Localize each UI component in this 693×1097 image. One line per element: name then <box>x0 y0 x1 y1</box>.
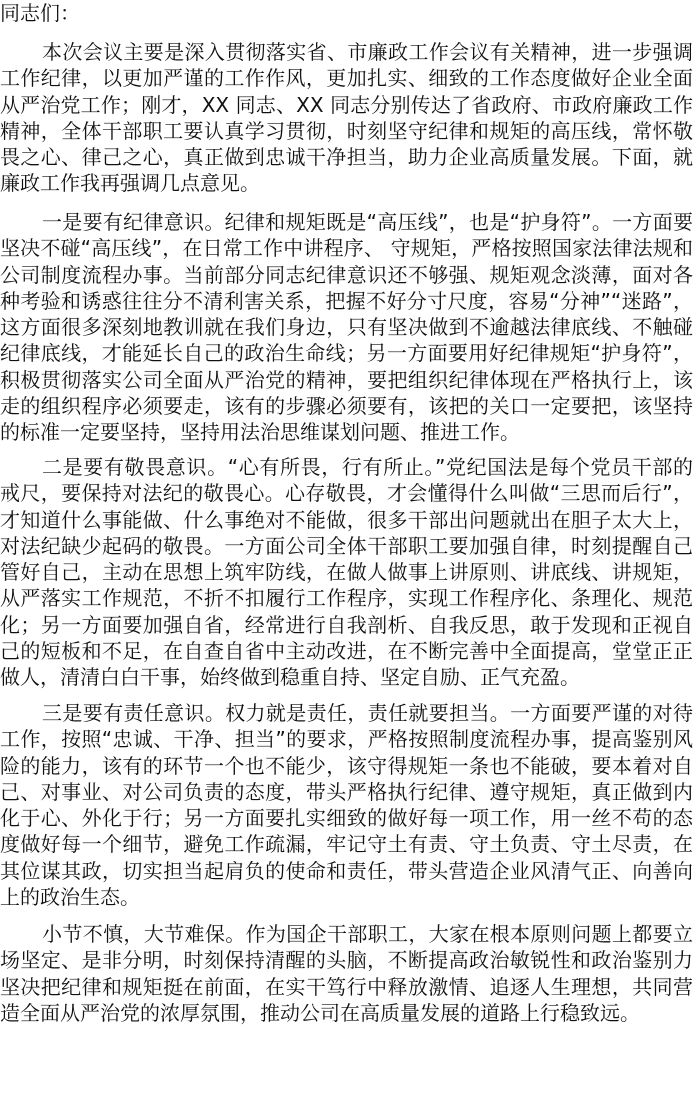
paragraph-line: 场坚定、是非分明，时刻保持清醒的头脑，不断提高政治敏锐性和政治鉴别力 <box>0 947 693 973</box>
paragraph-line: 畏之心、律己之心，真正做到忠诚干净担当，助力企业高质量发展。下面，就 <box>0 144 693 170</box>
paragraph-line: 三是要有责任意识。权力就是责任，责任就要担当。一方面要严谨的对待 <box>0 700 693 726</box>
paragraph-intro: 本次会议主要是深入贯彻落实省、市廉政工作会议有关精神，进一步强调工作纪律，以更加… <box>0 39 693 197</box>
paragraph-line: 坚决把纪律和规矩挺在前面，在实干笃行中释放激情、追逐人生理想，共同营 <box>0 974 693 1000</box>
paragraph-line: 从严落实工作规范，不折不扣履行工作程序，实现工作程序化、条理化、规范 <box>0 585 693 611</box>
paragraph-point-3-responsibility: 三是要有责任意识。权力就是责任，责任就要担当。一方面要严谨的对待工作，按照“忠诚… <box>0 700 693 910</box>
paragraph-line: 坚决不碰“高压线”，在日常工作中讲程序、 守规矩，严格按照国家法律法规和 <box>0 235 693 261</box>
salutation: 同志们： <box>0 0 693 26</box>
paragraph-line: 从严治党工作；刚才，XX 同志、XX 同志分别传达了省政府、市政府廉政工作 <box>0 92 693 118</box>
paragraph-line: 廉政工作我再强调几点意见。 <box>0 170 693 196</box>
paragraph-line: 本次会议主要是深入贯彻落实省、市廉政工作会议有关精神，进一步强调 <box>0 39 693 65</box>
paragraph-point-2-awe: 二是要有敬畏意识。“心有所畏，行有所止。”党纪国法是每个党员干部的戒尺，要保持对… <box>0 454 693 691</box>
paragraph-line: 工作纪律，以更加严谨的工作作风，更加扎实、细致的工作态度做好企业全面 <box>0 65 693 91</box>
paragraph-line: 化于心、外化于行；另一方面要扎实细致的做好每一项工作，用一丝不苟的态 <box>0 805 693 831</box>
paragraph-line: 积极贯彻落实公司全面从严治党的精神，要把组织纪律体现在严格执行上，该 <box>0 367 693 393</box>
paragraph-line: 纪律底线，才能延长自己的政治生命线；另一方面要用好纪律规矩“护身符”， <box>0 340 693 366</box>
paragraph-line: 一是要有纪律意识。纪律和规矩既是“高压线”，也是“护身符”。一方面要 <box>0 209 693 235</box>
paragraph-line: 二是要有敬畏意识。“心有所畏，行有所止。”党纪国法是每个党员干部的 <box>0 454 693 480</box>
paragraph-line: 小节不慎，大节难保。作为国企干部职工，大家在根本原则问题上都要立 <box>0 921 693 947</box>
paragraph-line: 公司制度流程办事。当前部分同志纪律意识还不够强、规矩观念淡薄，面对各 <box>0 262 693 288</box>
paragraph-line: 化；另一方面要加强自省，经常进行自我剖析、自我反思，敢于发现和正视自 <box>0 612 693 638</box>
paragraph-line: 造全面从严治党的浓厚氛围，推动公司在高质量发展的道路上行稳致远。 <box>0 1000 693 1026</box>
paragraph-line: 种考验和诱惑往往分不清利害关系，把握不好分寸尺度，容易“分神”“迷路”， <box>0 288 693 314</box>
paragraph-line: 己的短板和不足，在自查自省中主动改进，在不断完善中全面提高，堂堂正正 <box>0 638 693 664</box>
paragraph-line: 走的组织程序必须要走，该有的步骤必须要有，该把的关口一定要把，该坚持 <box>0 393 693 419</box>
paragraph-line: 其位谋其政，切实担当起肩负的使命和责任，带头营造企业风清气正、向善向 <box>0 858 693 884</box>
paragraph-line: 做人，清清白白干事，始终做到稳重自持、坚定自励、正气充盈。 <box>0 664 693 690</box>
paragraph-point-1-discipline: 一是要有纪律意识。纪律和规矩既是“高压线”，也是“护身符”。一方面要坚决不碰“高… <box>0 209 693 446</box>
paragraph-line: 这方面很多深刻地教训就在我们身边，只有坚决做到不逾越法律底线、不触碰 <box>0 314 693 340</box>
paragraph-line: 戒尺，要保持对法纪的敬畏心。心存敬畏，才会懂得什么叫做“三思而后行”， <box>0 480 693 506</box>
paragraph-line: 己、对事业、对公司负责的态度，带头严格执行纪律、遵守规矩，真正做到内 <box>0 779 693 805</box>
paragraph-conclusion: 小节不慎，大节难保。作为国企干部职工，大家在根本原则问题上都要立场坚定、是非分明… <box>0 921 693 1026</box>
paragraph-line: 险的能力，该有的环节一个也不能少，该守得规矩一条也不能破，要本着对自 <box>0 753 693 779</box>
salutation-text: 同志们： <box>0 0 693 26</box>
paragraph-line: 的标准一定要坚持，坚持用法治思维谋划问题、推进工作。 <box>0 419 693 445</box>
paragraph-line: 工作，按照“忠诚、干净、担当”的要求，严格按照制度流程办事，提高鉴别风 <box>0 726 693 752</box>
paragraph-line: 管好自己，主动在思想上筑牢防线，在做人做事上讲原则、讲底线、讲规矩， <box>0 559 693 585</box>
paragraph-line: 才知道什么事能做、什么事绝对不能做，很多干部出问题就出在胆子太大上， <box>0 507 693 533</box>
paragraph-line: 精神，全体干部职工要认真学习贯彻，时刻坚守纪律和规矩的高压线，常怀敬 <box>0 118 693 144</box>
paragraph-line: 度做好每一个细节，避免工作疏漏，牢记守土有责、守土负责、守土尽责，在 <box>0 831 693 857</box>
paragraph-line: 对法纪缺少起码的敬畏。一方面公司全体干部职工要加强自律，时刻提醒自己 <box>0 533 693 559</box>
paragraph-line: 上的政治生态。 <box>0 884 693 910</box>
